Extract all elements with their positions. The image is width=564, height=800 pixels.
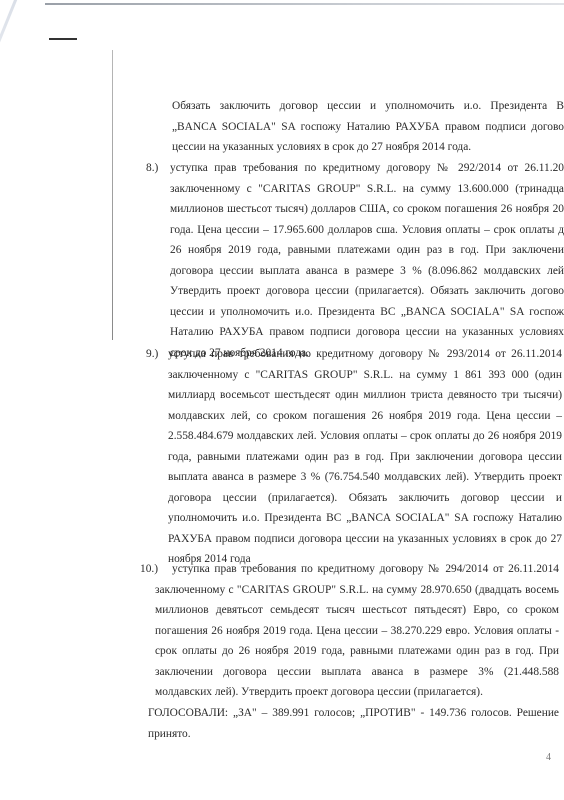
text-line: миллиард восемьсот шестьдесят один милли… [168,385,562,406]
text-line: заключенному с "CARITAS GROUP" S.R.L. на… [155,580,559,601]
text-line: цессии на указанных условиях в срок до 2… [172,137,564,158]
page-number: 4 [546,748,551,769]
text-line: года. Цена цессии – 17.965.600 долларов … [170,220,564,241]
text-line: заключенному с "CARITAS GROUP" S.R.L. на… [170,179,564,200]
text-line: принято. [148,724,559,745]
text-line: договора цессии выплата аванса в размере… [170,261,564,282]
text-line: уполномочить и.о. Президента ВС „BANCA S… [168,508,562,529]
text-line: уступка прав требования по кредитному до… [168,344,562,365]
text-line: Утвердить проект договора цессии (прилаг… [170,281,564,302]
text-line: выплата аванса в размере 3 % (76.754.540… [168,467,562,488]
list-item-9: уступка прав требования по кредитному до… [168,344,562,570]
item-number: 8.) [146,158,158,179]
text-line: РАХУБА правом подписи договора цессии на… [168,529,562,550]
text-line: 26 ноября 2019 года, равными платежами о… [170,240,564,261]
text-line: срок оплаты до 26 ноября 2019 года, равн… [155,641,559,662]
item-number: 9.) [146,344,158,365]
text-line: 2.558.484.679 молдавских лей. Условия оп… [168,426,562,447]
text-line: „BANCA SOCIALA" SA госпожу Наталию РАХУБ… [172,117,564,138]
text-line: молдавских лей, со сроком погашения 26 н… [168,406,562,427]
text-line: цессии и уполномочить и.о. Президента ВС… [170,302,564,323]
text-line: миллионов девятьсот семьдесят тысяч шест… [155,600,559,621]
text-line: ГОЛОСОВАЛИ: „ЗА" – 389.991 голосов; „ПРО… [148,703,559,724]
text-line: уступка прав требования по кредитному до… [170,158,564,179]
intro-paragraph: Обязать заключить договор цессии и уполн… [172,96,564,158]
text-line: молдавских лей). Утвердить проект догово… [155,682,559,703]
text-line: уступка прав требования по кредитному до… [155,559,559,580]
list-item-10: уступка прав требования по кредитному до… [155,559,559,703]
text-line: погашения 26 ноября 2019 года. Цена цесс… [155,621,559,642]
text-line: Обязать заключить договор цессии и уполн… [172,96,564,117]
text-line: заключении договора цессии выплата аванс… [155,662,559,683]
list-item-8: уступка прав требования по кредитному до… [170,158,564,363]
vote-result: ГОЛОСОВАЛИ: „ЗА" – 389.991 голосов; „ПРО… [148,703,559,744]
text-line: заключенному с "CARITAS GROUP" S.R.L. на… [168,365,562,386]
text-line: года, равными платежами один раз в год. … [168,447,562,468]
text-line: договора цессии (прилагается). Обязать з… [168,488,562,509]
text-line: миллионов шестьсот тысяч) долларов США, … [170,199,564,220]
text-line: Наталию РАХУБА правом подписи договора ц… [170,322,564,343]
document-page: Обязать заключить договор цессии и уполн… [0,0,564,800]
